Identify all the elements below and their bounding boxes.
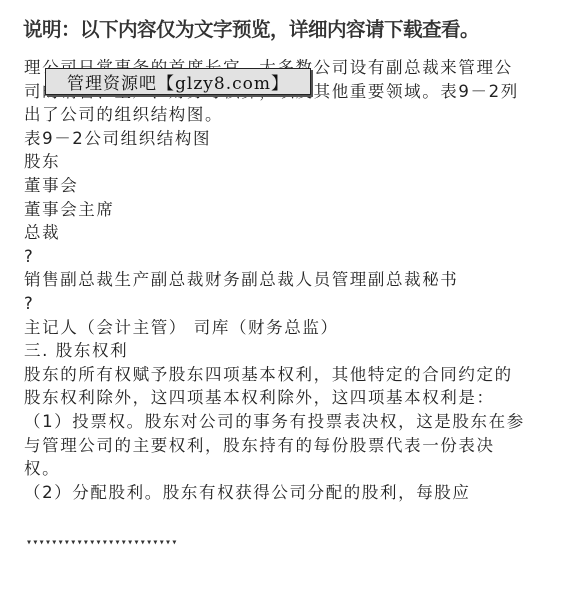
doc-line: 董事会 (24, 174, 564, 198)
doc-line: 董事会主席 (24, 198, 564, 222)
doc-line: 权。 (24, 457, 564, 481)
doc-line: ? (24, 245, 564, 269)
doc-line: （1）投票权。股东对公司的事务有投票表决权，这是股东在参 (24, 410, 564, 434)
doc-line: 销售副总裁生产副总裁财务副总裁人员管理副总裁秘书 (24, 268, 564, 292)
doc-line: 表9－2公司组织结构图 (24, 127, 564, 151)
doc-line: （2）分配股利。股东有权获得公司分配的股利，每股应 (24, 481, 564, 505)
document-body: 理公司日常事务的首席长官，大多数公司设有副总裁来管理公 司的销售、生产、财务与核… (24, 56, 564, 504)
truncation-dots: ▾▾▾▾▾▾▾▾▾▾▾▾▾▾▾▾▾▾▾▾▾▾▾▾ (26, 537, 178, 548)
watermark-banner: 管理资源吧【glzy8.com】 (45, 68, 311, 95)
preview-notice: 说明：以下内容仅为文字预览，详细内容请下载查看。 (23, 14, 479, 46)
doc-line: 主记人（会计主管） 司库（财务总监） (24, 316, 564, 340)
doc-line: 股东的所有权赋予股东四项基本权利，其他特定的合同约定的 (24, 363, 564, 387)
doc-line: 总裁 (24, 221, 564, 245)
doc-line: 股东权利除外，这四项基本权利除外，这四项基本权利是： (24, 386, 564, 410)
doc-line: 股东 (24, 150, 564, 174)
doc-line: ? (24, 292, 564, 316)
doc-line: 与管理公司的主要权利，股东持有的每份股票代表一份表决 (24, 434, 564, 458)
doc-line: 三. 股东权利 (24, 339, 564, 363)
doc-line: 出了公司的组织结构图。 (24, 103, 564, 127)
